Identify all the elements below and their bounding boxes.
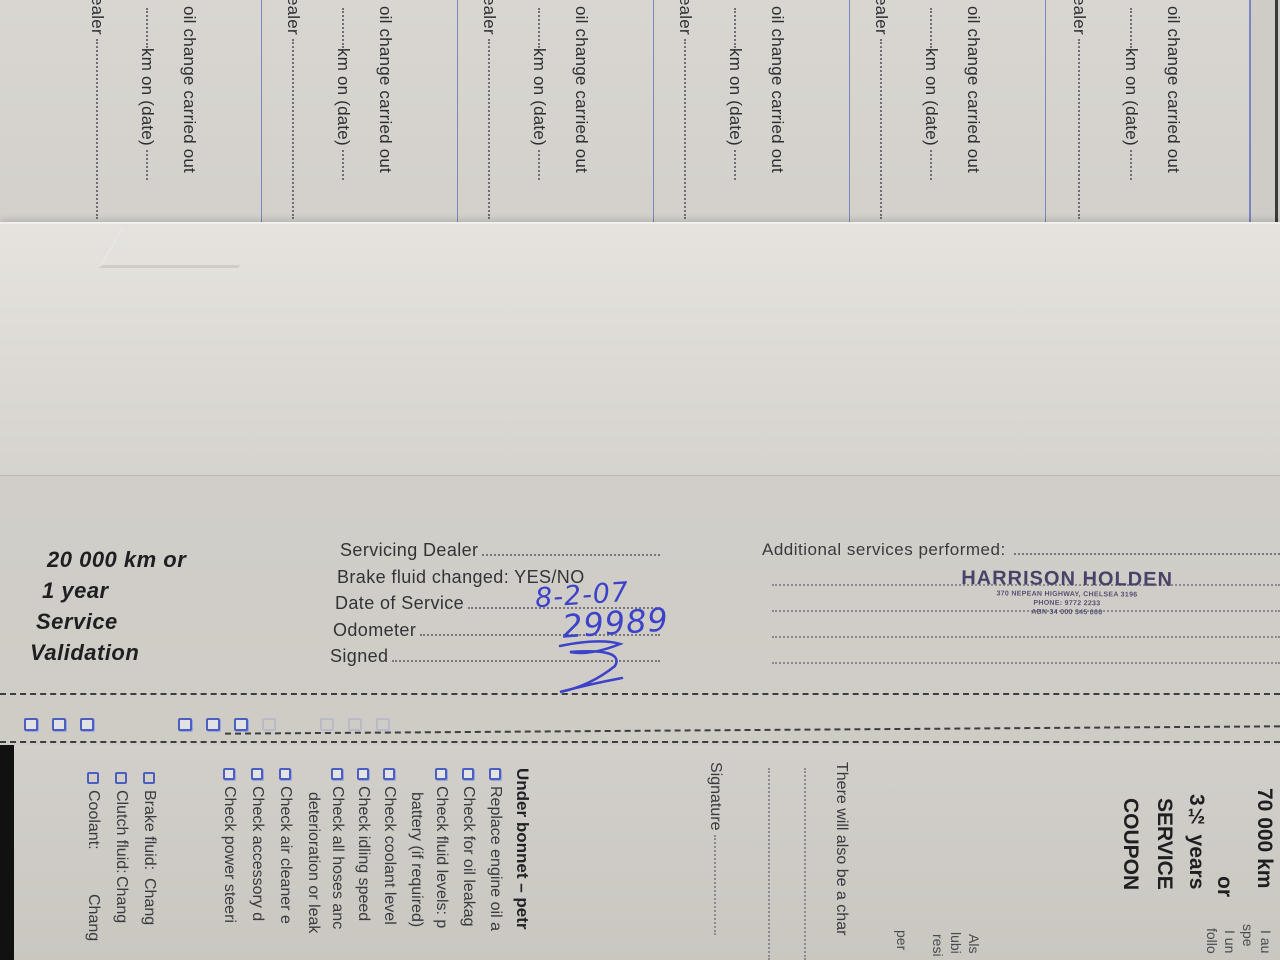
log-column: oil change carried out km on (date) eale… (850, 0, 1046, 230)
dealer-label: ealer (479, 0, 499, 219)
checklist-item[interactable]: Replace engine oil a (486, 768, 504, 931)
additional-services-line[interactable] (772, 638, 1280, 664)
fluid-item-coolant[interactable]: Coolant:Chang (84, 772, 102, 941)
km-on-date-label: km on (date) (1121, 4, 1141, 180)
checklist-item[interactable]: Check idling speed (354, 768, 372, 921)
additional-services-label: Additional services performed: (762, 540, 1006, 560)
fluid-item-clutch[interactable]: Clutch fluid:Chang (112, 772, 130, 923)
oil-change-label: oil change carried out (1163, 6, 1183, 173)
signature-field[interactable]: Signature (706, 762, 724, 935)
charge-note: There will also be a char (832, 762, 850, 935)
km-on-date-label: km on (date) (921, 4, 941, 180)
checklist-item[interactable]: Check for oil leakag (459, 768, 477, 927)
service-validation-coupon: 20 000 km or 1 year Service Validation S… (0, 475, 1280, 745)
checkbox[interactable] (234, 718, 248, 731)
checklist-item[interactable]: Check power steeri (220, 768, 238, 923)
dealer-label: ealer (283, 0, 303, 219)
fluid-item-brake[interactable]: Brake fluid:Chang (140, 772, 158, 925)
checklist-item[interactable]: Check coolant level (380, 768, 398, 925)
dotted-line[interactable] (768, 768, 770, 960)
checkbox-row (178, 718, 390, 731)
checkbox[interactable] (320, 718, 334, 731)
torn-edge (98, 228, 261, 268)
dotted-line[interactable] (804, 768, 806, 960)
dealer-label: ealer (675, 0, 695, 219)
checklist-item[interactable]: Check all hoses anc (328, 768, 346, 929)
log-column: oil change carried out km on (date) eale… (458, 0, 654, 230)
servicing-dealer-field[interactable]: Servicing Dealer (330, 540, 660, 567)
dealer-label: ealer (87, 0, 107, 219)
oil-change-label: oil change carried out (375, 6, 395, 173)
oil-change-label: oil change carried out (767, 6, 787, 173)
checkbox[interactable] (52, 718, 66, 731)
checklist-item-continued: battery (if required) (407, 792, 425, 927)
dealer-label: ealer (1069, 0, 1089, 219)
km-on-date-label: km on (date) (529, 4, 549, 180)
checklist-item[interactable]: Check fluid levels: p (432, 768, 450, 928)
checklist-item[interactable]: Check air cleaner e (276, 768, 294, 924)
checkbox[interactable] (24, 718, 38, 731)
checkbox-row (24, 718, 94, 731)
dealer-stamp: HARRISON HOLDEN 370 NEPEAN HIGHWAY, CHEL… (922, 568, 1212, 619)
coupon-title: 20 000 km or 1 year Service Validation (30, 544, 186, 668)
km-on-date-label: km on (date) (137, 4, 157, 180)
log-column: oil change carried out km on (date) eale… (262, 0, 458, 230)
checkbox[interactable] (348, 718, 362, 731)
checkbox[interactable] (376, 718, 390, 731)
page-edge (1250, 0, 1280, 230)
checklist-item-continued: deterioration or leak (304, 792, 322, 933)
checkbox[interactable] (178, 718, 192, 731)
log-column: oil change carried out km on (date) eale… (66, 0, 262, 230)
log-column: oil change carried out km on (date) eale… (1046, 0, 1250, 230)
background-edge (0, 745, 14, 960)
checkbox[interactable] (206, 718, 220, 731)
seventy-thousand-km-coupon (14, 745, 1280, 960)
checkbox[interactable] (262, 718, 276, 731)
oil-change-label: oil change carried out (179, 6, 199, 173)
log-column: oil change carried out km on (date) eale… (654, 0, 850, 230)
oil-change-log-page: oil change carried out km on (date) eale… (0, 0, 1280, 230)
oil-change-label: oil change carried out (571, 6, 591, 173)
perforation-line (0, 693, 1280, 695)
dealer-label: ealer (871, 0, 891, 219)
checklist-item[interactable]: Check accessory d (248, 768, 266, 921)
km-on-date-label: km on (date) (333, 4, 353, 180)
oil-change-label: oil change carried out (963, 6, 983, 173)
blank-flap (0, 222, 1280, 477)
under-bonnet-heading: Under bonnet – petr (512, 768, 532, 930)
km-on-date-label: km on (date) (725, 4, 745, 180)
perforation-line (0, 741, 1280, 743)
checkbox[interactable] (80, 718, 94, 731)
